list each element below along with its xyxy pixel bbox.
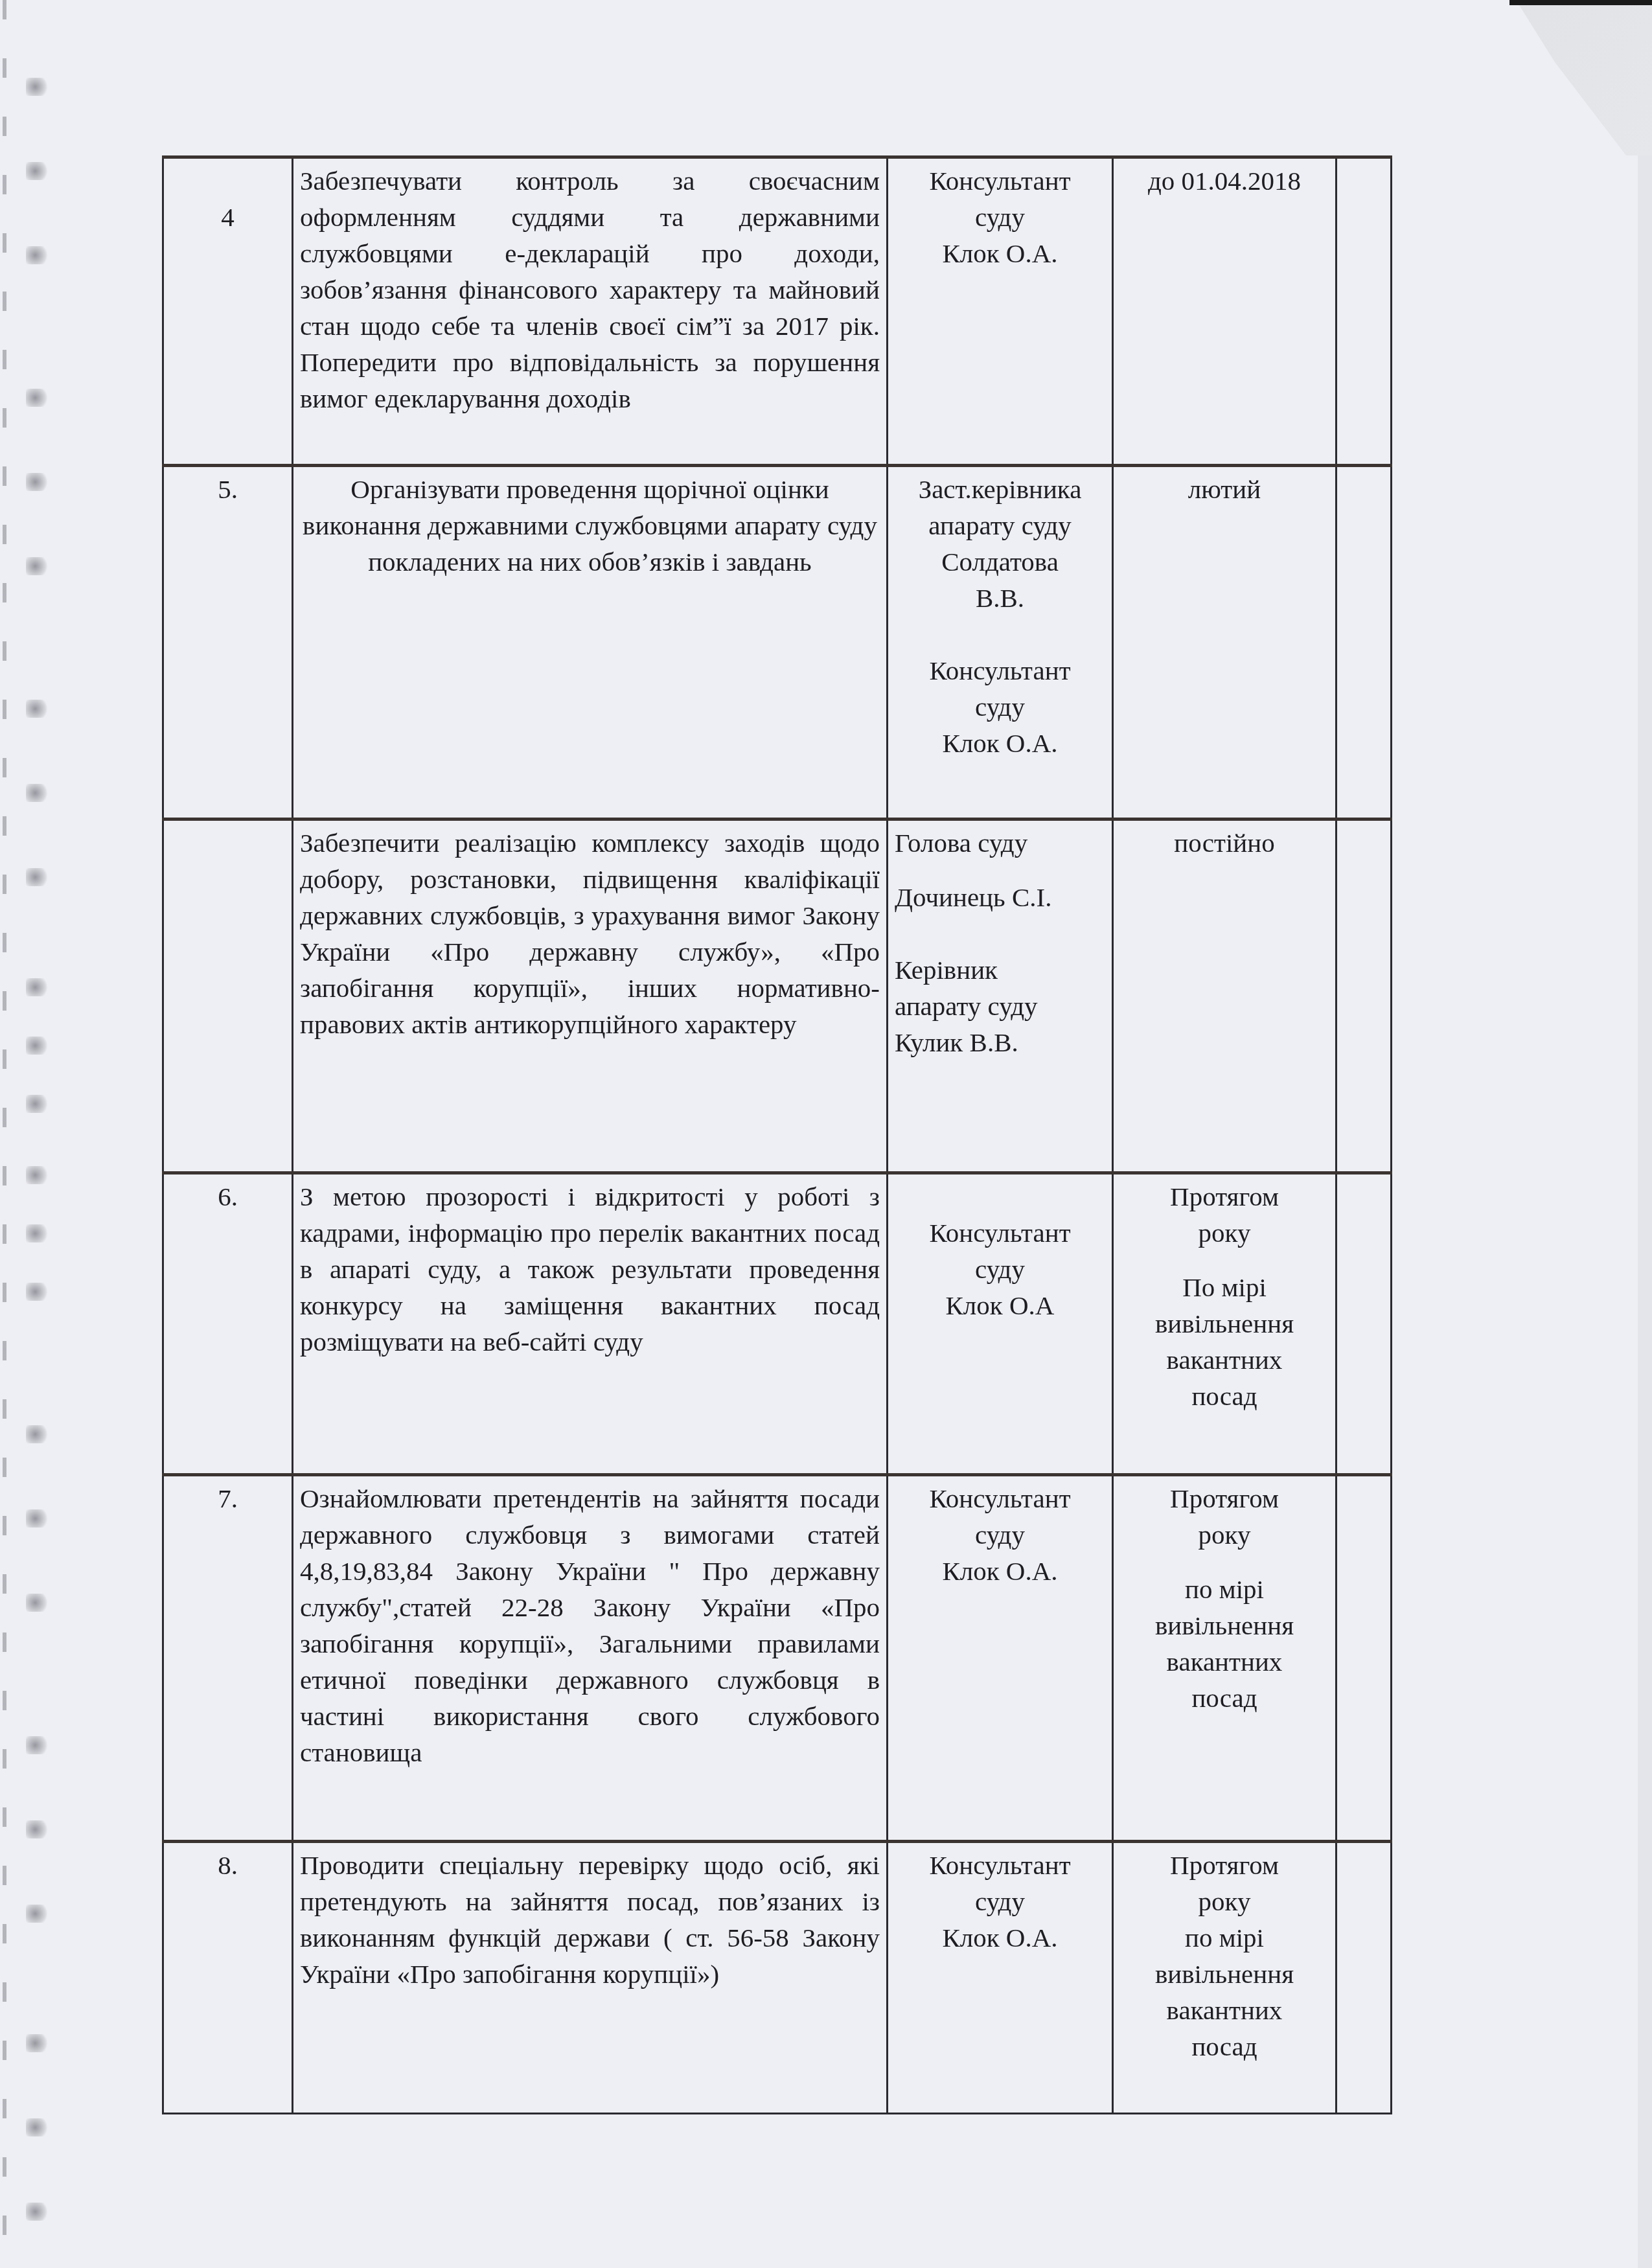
binder-hole-marks bbox=[0, 52, 62, 2254]
responsible-person: Голова суду Дочинець С.І. Керівник апара… bbox=[888, 819, 1113, 1173]
action-plan-table: 4 Забезпечувати контроль за своєчасним о… bbox=[162, 155, 1392, 2114]
task-description: Проводити спеціальну перевірку щодо осіб… bbox=[293, 1842, 888, 2114]
responsible-person: Консультант суду Клок О.А. bbox=[888, 157, 1113, 466]
table-row: 7. Ознайомлювати претендентів на зайнятт… bbox=[163, 1475, 1392, 1842]
task-description: Забезпечити реалізацію комплексу заходів… bbox=[293, 819, 888, 1173]
deadline: до 01.04.2018 bbox=[1113, 157, 1337, 466]
responsible-person: Консультант суду Клок О.А. bbox=[888, 1475, 1113, 1842]
responsible-person: Консультант суду Клок О.А. bbox=[888, 1842, 1113, 2114]
row-number: 4 bbox=[163, 157, 293, 466]
task-description: Організувати проведення щорічної оцінки … bbox=[293, 466, 888, 819]
task-description: Ознайомлювати претендентів на зайняття п… bbox=[293, 1475, 888, 1842]
note-cell bbox=[1337, 1173, 1392, 1475]
folded-corner bbox=[1490, 0, 1652, 155]
table-row: 6. З метою прозорості і відкритості у ро… bbox=[163, 1173, 1392, 1475]
page-edge bbox=[1638, 155, 1652, 2268]
task-description: З метою прозорості і відкритості у робот… bbox=[293, 1173, 888, 1475]
scanner-edge bbox=[1509, 0, 1652, 5]
row-number: 6. bbox=[163, 1173, 293, 1475]
deadline: Протягом року по мірі вивільнення вакант… bbox=[1113, 1842, 1337, 2114]
row-number: 7. bbox=[163, 1475, 293, 1842]
note-cell bbox=[1337, 1842, 1392, 2114]
note-cell bbox=[1337, 466, 1392, 819]
table-row: 5. Організувати проведення щорічної оцін… bbox=[163, 466, 1392, 819]
scanned-page: 4 Забезпечувати контроль за своєчасним о… bbox=[0, 0, 1652, 2268]
table-row: 4 Забезпечувати контроль за своєчасним о… bbox=[163, 157, 1392, 466]
task-description: Забезпечувати контроль за своєчасним офо… bbox=[293, 157, 888, 466]
deadline: Протягом року по мірі вивільнення вакант… bbox=[1113, 1475, 1337, 1842]
table-row: 8. Проводити спеціальну перевірку щодо о… bbox=[163, 1842, 1392, 2114]
responsible-person: Консультант суду Клок О.А bbox=[888, 1173, 1113, 1475]
deadline: лютий bbox=[1113, 466, 1337, 819]
row-number: 8. bbox=[163, 1842, 293, 2114]
note-cell bbox=[1337, 1475, 1392, 1842]
row-number bbox=[163, 819, 293, 1173]
deadline: Протягом року По мірі вивільнення вакант… bbox=[1113, 1173, 1337, 1475]
table-row: Забезпечити реалізацію комплексу заходів… bbox=[163, 819, 1392, 1173]
deadline: постійно bbox=[1113, 819, 1337, 1173]
note-cell bbox=[1337, 157, 1392, 466]
responsible-person: Заст.керівника апарату суду Солдатова В.… bbox=[888, 466, 1113, 819]
row-number: 5. bbox=[163, 466, 293, 819]
note-cell bbox=[1337, 819, 1392, 1173]
